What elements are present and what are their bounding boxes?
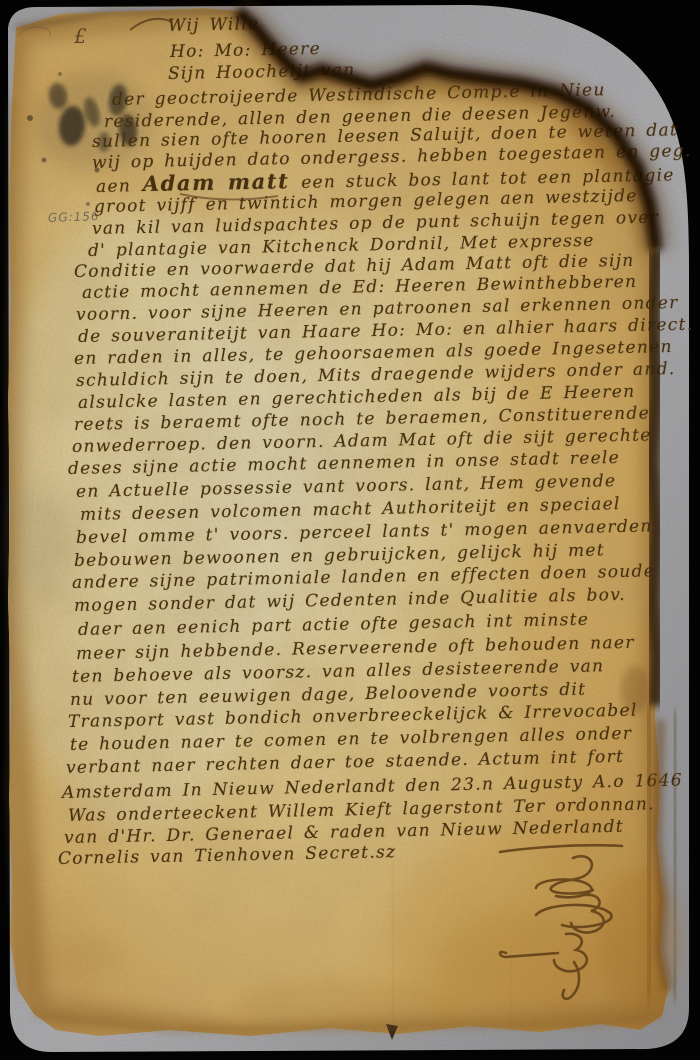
manuscript-scan: £ GG:156 Wij Wille Ho: Mo: Heere Sijn Ho… <box>0 0 700 1060</box>
manuscript-text: £ GG:156 Wij Wille Ho: Mo: Heere Sijn Ho… <box>0 0 700 1060</box>
manuscript-line: Sijn Hoocheijt van <box>168 60 356 84</box>
manuscript-line: Wij Wille <box>168 14 260 36</box>
manuscript-line: Ho: Mo: Heere <box>170 39 321 62</box>
folio-mark: £ <box>74 24 87 48</box>
grant-line-pre: aen <box>96 176 141 197</box>
grantee-name: Adam matt <box>142 168 289 196</box>
